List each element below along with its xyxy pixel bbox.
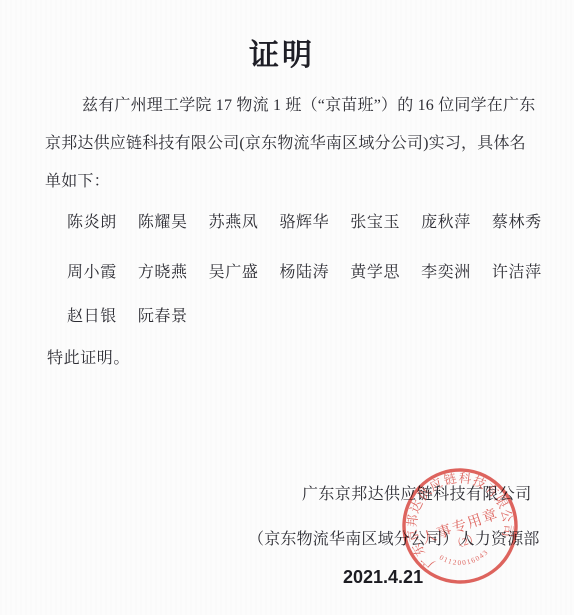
student-name: 黄学思 bbox=[350, 259, 400, 282]
student-name: 吴广盛 bbox=[209, 259, 259, 282]
student-name: 赵日银 bbox=[67, 303, 117, 326]
company-seal-stamp-icon: 广东京邦达供应链科技有限公司 人事专用章 （2） 01120016043 bbox=[394, 460, 526, 592]
body-paragraph-line-1: 兹有广州理工学院 17 物流 1 班（“京苗班”）的 16 位同学在广东 bbox=[82, 92, 535, 115]
student-name: 蔡林秀 bbox=[492, 209, 542, 232]
student-name: 周小霞 bbox=[67, 259, 117, 282]
student-name: 张宝玉 bbox=[350, 209, 400, 232]
student-name: 苏燕凤 bbox=[209, 209, 259, 232]
document-title: 证明 bbox=[0, 30, 564, 74]
student-name: 许洁萍 bbox=[492, 259, 542, 282]
certificate-document: 证明 兹有广州理工学院 17 物流 1 班（“京苗班”）的 16 位同学在广东 … bbox=[0, 0, 574, 615]
student-names-row-3: 赵日银 阮春景 bbox=[67, 303, 188, 326]
body-paragraph-line-2: 京邦达供应链科技有限公司(京东物流华南区域分公司)实习，具体名 bbox=[45, 130, 526, 153]
student-names-row-1: 陈炎朗 陈耀昊 苏燕凤 骆辉华 张宝玉 庞秋萍 蔡林秀 bbox=[67, 209, 542, 232]
student-names-row-2: 周小霞 方晓燕 吴广盛 杨陆涛 黄学思 李奕洲 许洁萍 bbox=[67, 259, 542, 282]
student-name: 庞秋萍 bbox=[421, 209, 471, 232]
body-paragraph-line-3: 单如下： bbox=[45, 168, 110, 191]
student-name: 骆辉华 bbox=[279, 209, 329, 232]
student-name: 阮春景 bbox=[138, 303, 188, 326]
student-name: 陈耀昊 bbox=[138, 209, 188, 232]
student-name: 李奕洲 bbox=[421, 259, 471, 282]
student-name: 陈炎朗 bbox=[67, 209, 117, 232]
student-name: 方晓燕 bbox=[138, 259, 188, 282]
student-name: 杨陆涛 bbox=[279, 259, 329, 282]
closing-statement: 特此证明。 bbox=[47, 345, 130, 368]
